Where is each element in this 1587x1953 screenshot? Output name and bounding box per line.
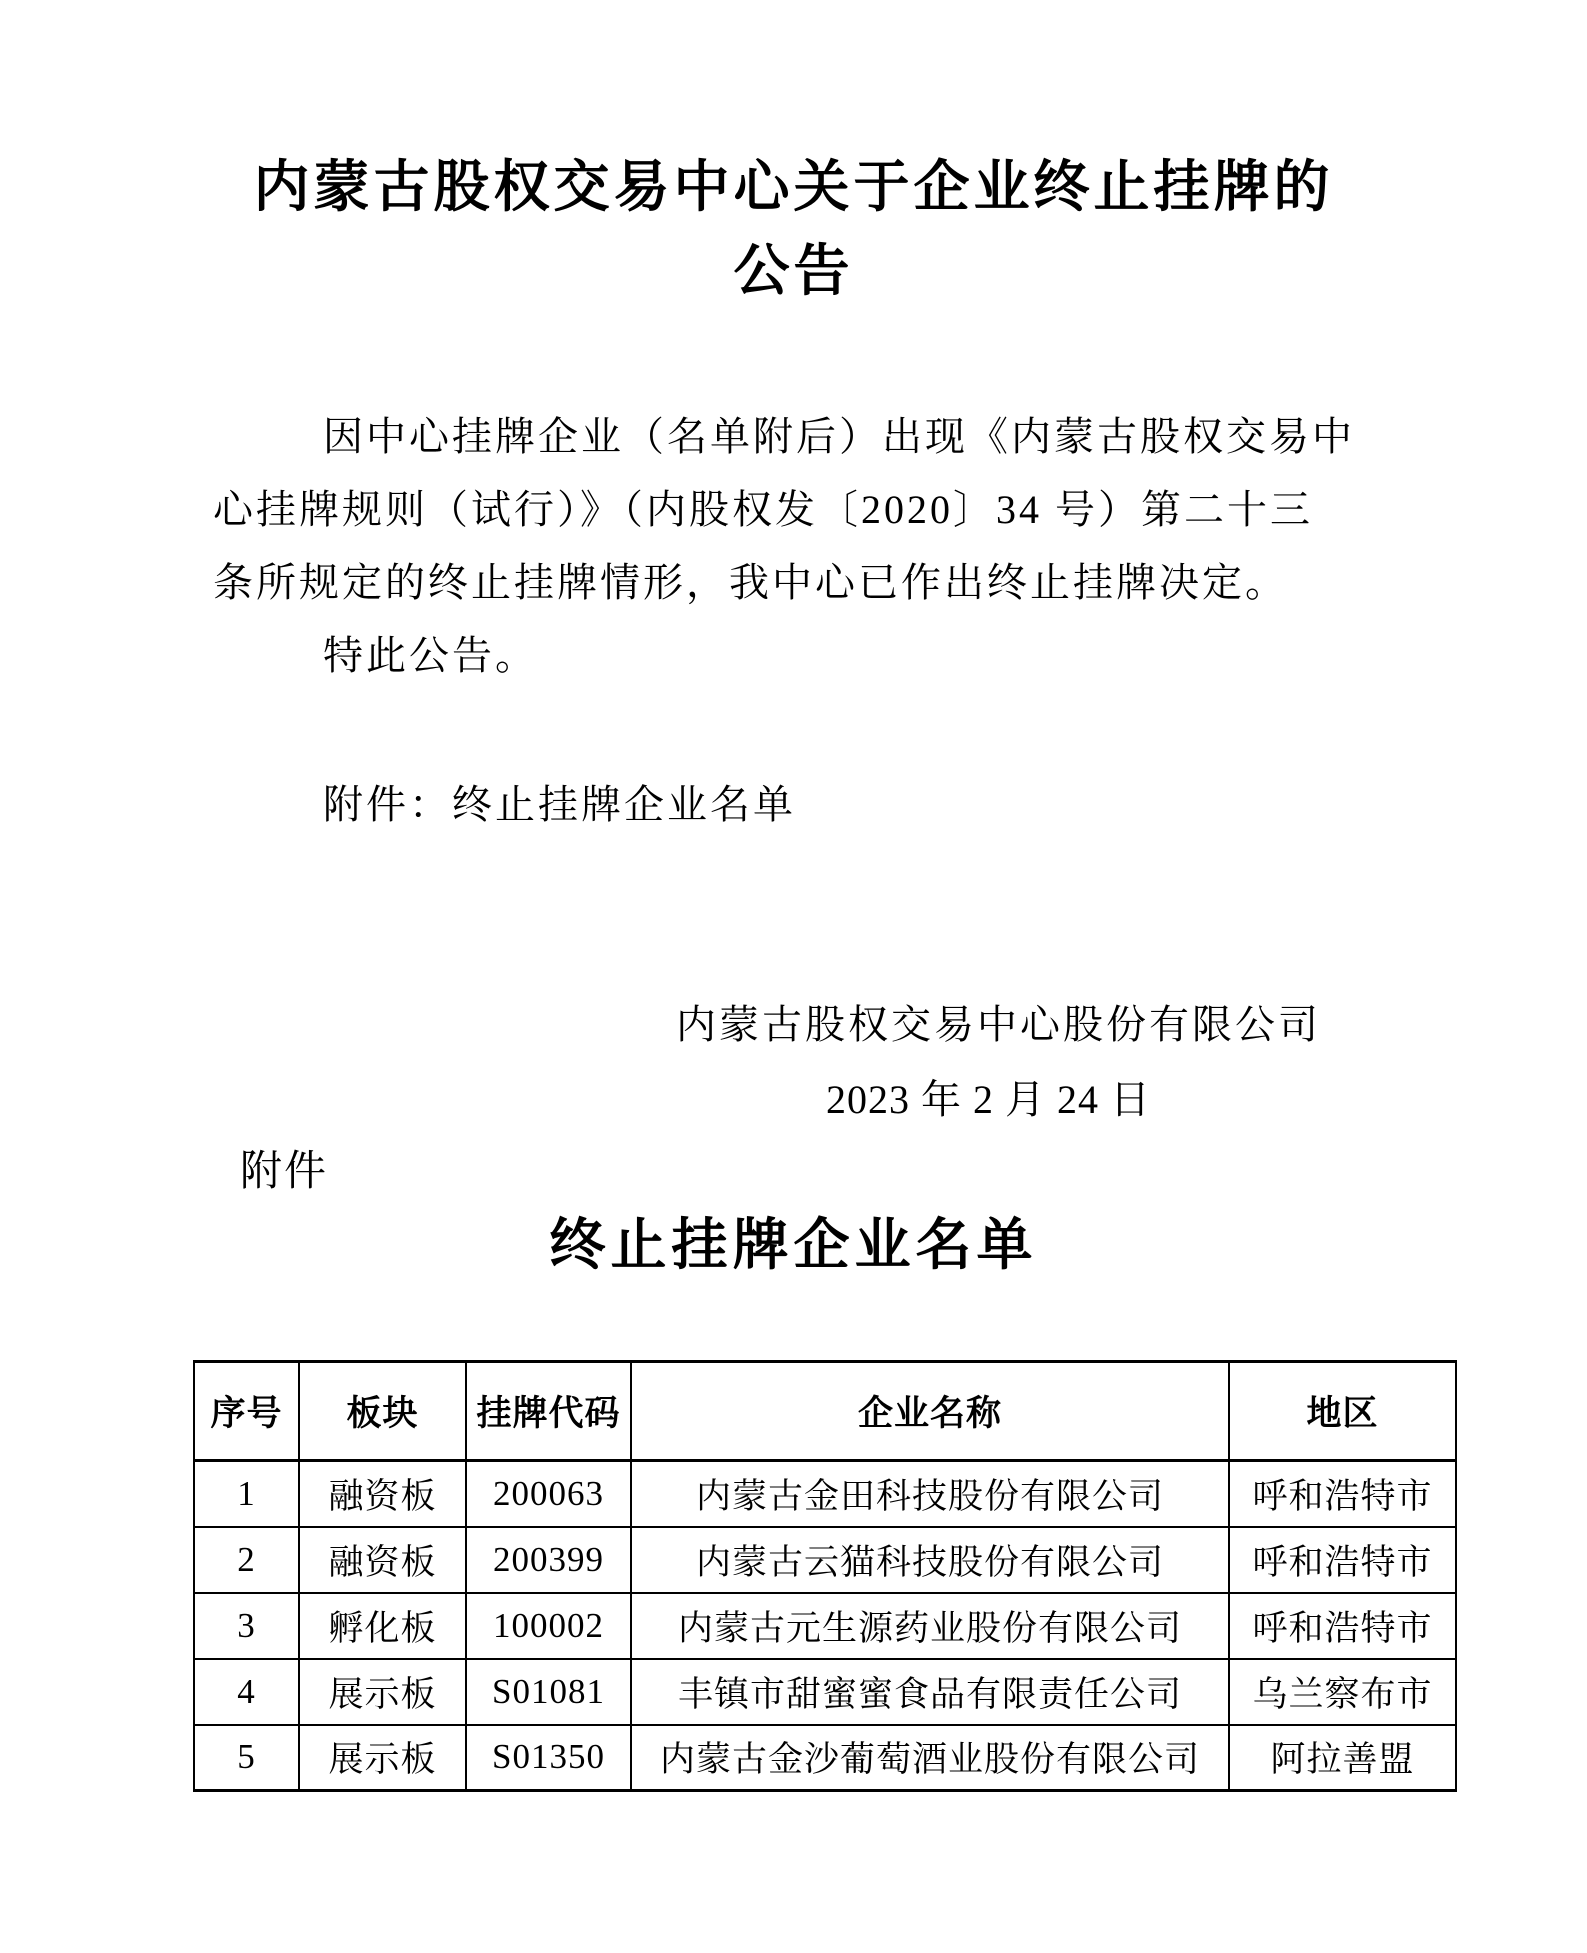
signature-date: 2023 年 2 月 24 日 <box>826 1078 1151 1122</box>
cell-serial-number: 2 <box>194 1527 299 1593</box>
document-title-line2: 公告 <box>0 230 1587 314</box>
header-company-name: 企业名称 <box>631 1362 1229 1461</box>
cell-listing-code: 200399 <box>466 1527 631 1593</box>
body-line-1: 因中心挂牌企业（名单附后）出现《内蒙古股权交易中 <box>213 400 1355 473</box>
cell-company-name: 内蒙古云猫科技股份有限公司 <box>631 1527 1229 1593</box>
cell-serial-number: 5 <box>194 1725 299 1791</box>
cell-listing-code: S01081 <box>466 1659 631 1725</box>
cell-board: 孵化板 <box>299 1593 466 1659</box>
table-row: 2 融资板 200399 内蒙古云猫科技股份有限公司 呼和浩特市 <box>194 1527 1456 1593</box>
cell-company-name: 内蒙古元生源药业股份有限公司 <box>631 1593 1229 1659</box>
cell-serial-number: 1 <box>194 1461 299 1527</box>
table-row: 1 融资板 200063 内蒙古金田科技股份有限公司 呼和浩特市 <box>194 1461 1456 1527</box>
cell-company-name: 内蒙古金沙葡萄酒业股份有限公司 <box>631 1725 1229 1791</box>
cell-board: 融资板 <box>299 1461 466 1527</box>
cell-region: 阿拉善盟 <box>1229 1725 1456 1791</box>
document-title-line1: 内蒙古股权交易中心关于企业终止挂牌的 <box>0 146 1587 230</box>
cell-board: 展示板 <box>299 1659 466 1725</box>
cell-serial-number: 4 <box>194 1659 299 1725</box>
body-closing-line: 特此公告。 <box>213 619 1355 692</box>
cell-region: 乌兰察布市 <box>1229 1659 1456 1725</box>
cell-listing-code: 200063 <box>466 1461 631 1527</box>
table-row: 4 展示板 S01081 丰镇市甜蜜蜜食品有限责任公司 乌兰察布市 <box>194 1659 1456 1725</box>
cell-region: 呼和浩特市 <box>1229 1461 1456 1527</box>
terminated-companies-table: 序号 板块 挂牌代码 企业名称 地区 1 融资板 200063 内蒙古金田科技股… <box>193 1360 1457 1792</box>
cell-serial-number: 3 <box>194 1593 299 1659</box>
announcement-body: 因中心挂牌企业（名单附后）出现《内蒙古股权交易中 心挂牌规则（试行）》（内股权发… <box>213 400 1355 692</box>
header-region: 地区 <box>1229 1362 1456 1461</box>
cell-listing-code: 100002 <box>466 1593 631 1659</box>
document-title: 内蒙古股权交易中心关于企业终止挂牌的 公告 <box>0 146 1587 314</box>
cell-listing-code: S01350 <box>466 1725 631 1791</box>
table-row: 3 孵化板 100002 内蒙古元生源药业股份有限公司 呼和浩特市 <box>194 1593 1456 1659</box>
header-board: 板块 <box>299 1362 466 1461</box>
cell-board: 融资板 <box>299 1527 466 1593</box>
appendix-label: 附件 <box>240 1148 328 1194</box>
cell-region: 呼和浩特市 <box>1229 1593 1456 1659</box>
header-serial-number: 序号 <box>194 1362 299 1461</box>
cell-region: 呼和浩特市 <box>1229 1527 1456 1593</box>
table-row: 5 展示板 S01350 内蒙古金沙葡萄酒业股份有限公司 阿拉善盟 <box>194 1725 1456 1791</box>
attachment-note: 附件：终止挂牌企业名单 <box>213 768 796 841</box>
body-line-2: 心挂牌规则（试行）》（内股权发〔2020〕34 号）第二十三 <box>213 473 1355 546</box>
document-page: 内蒙古股权交易中心关于企业终止挂牌的 公告 因中心挂牌企业（名单附后）出现《内蒙… <box>0 0 1587 1953</box>
cell-board: 展示板 <box>299 1725 466 1791</box>
cell-company-name: 内蒙古金田科技股份有限公司 <box>631 1461 1229 1527</box>
appendix-section-title: 终止挂牌企业名单 <box>0 1215 1587 1277</box>
signature-company: 内蒙古股权交易中心股份有限公司 <box>676 1002 1321 1048</box>
cell-company-name: 丰镇市甜蜜蜜食品有限责任公司 <box>631 1659 1229 1725</box>
table-header-row: 序号 板块 挂牌代码 企业名称 地区 <box>194 1362 1456 1461</box>
header-listing-code: 挂牌代码 <box>466 1362 631 1461</box>
body-line-3: 条所规定的终止挂牌情形，我中心已作出终止挂牌决定。 <box>213 546 1355 619</box>
